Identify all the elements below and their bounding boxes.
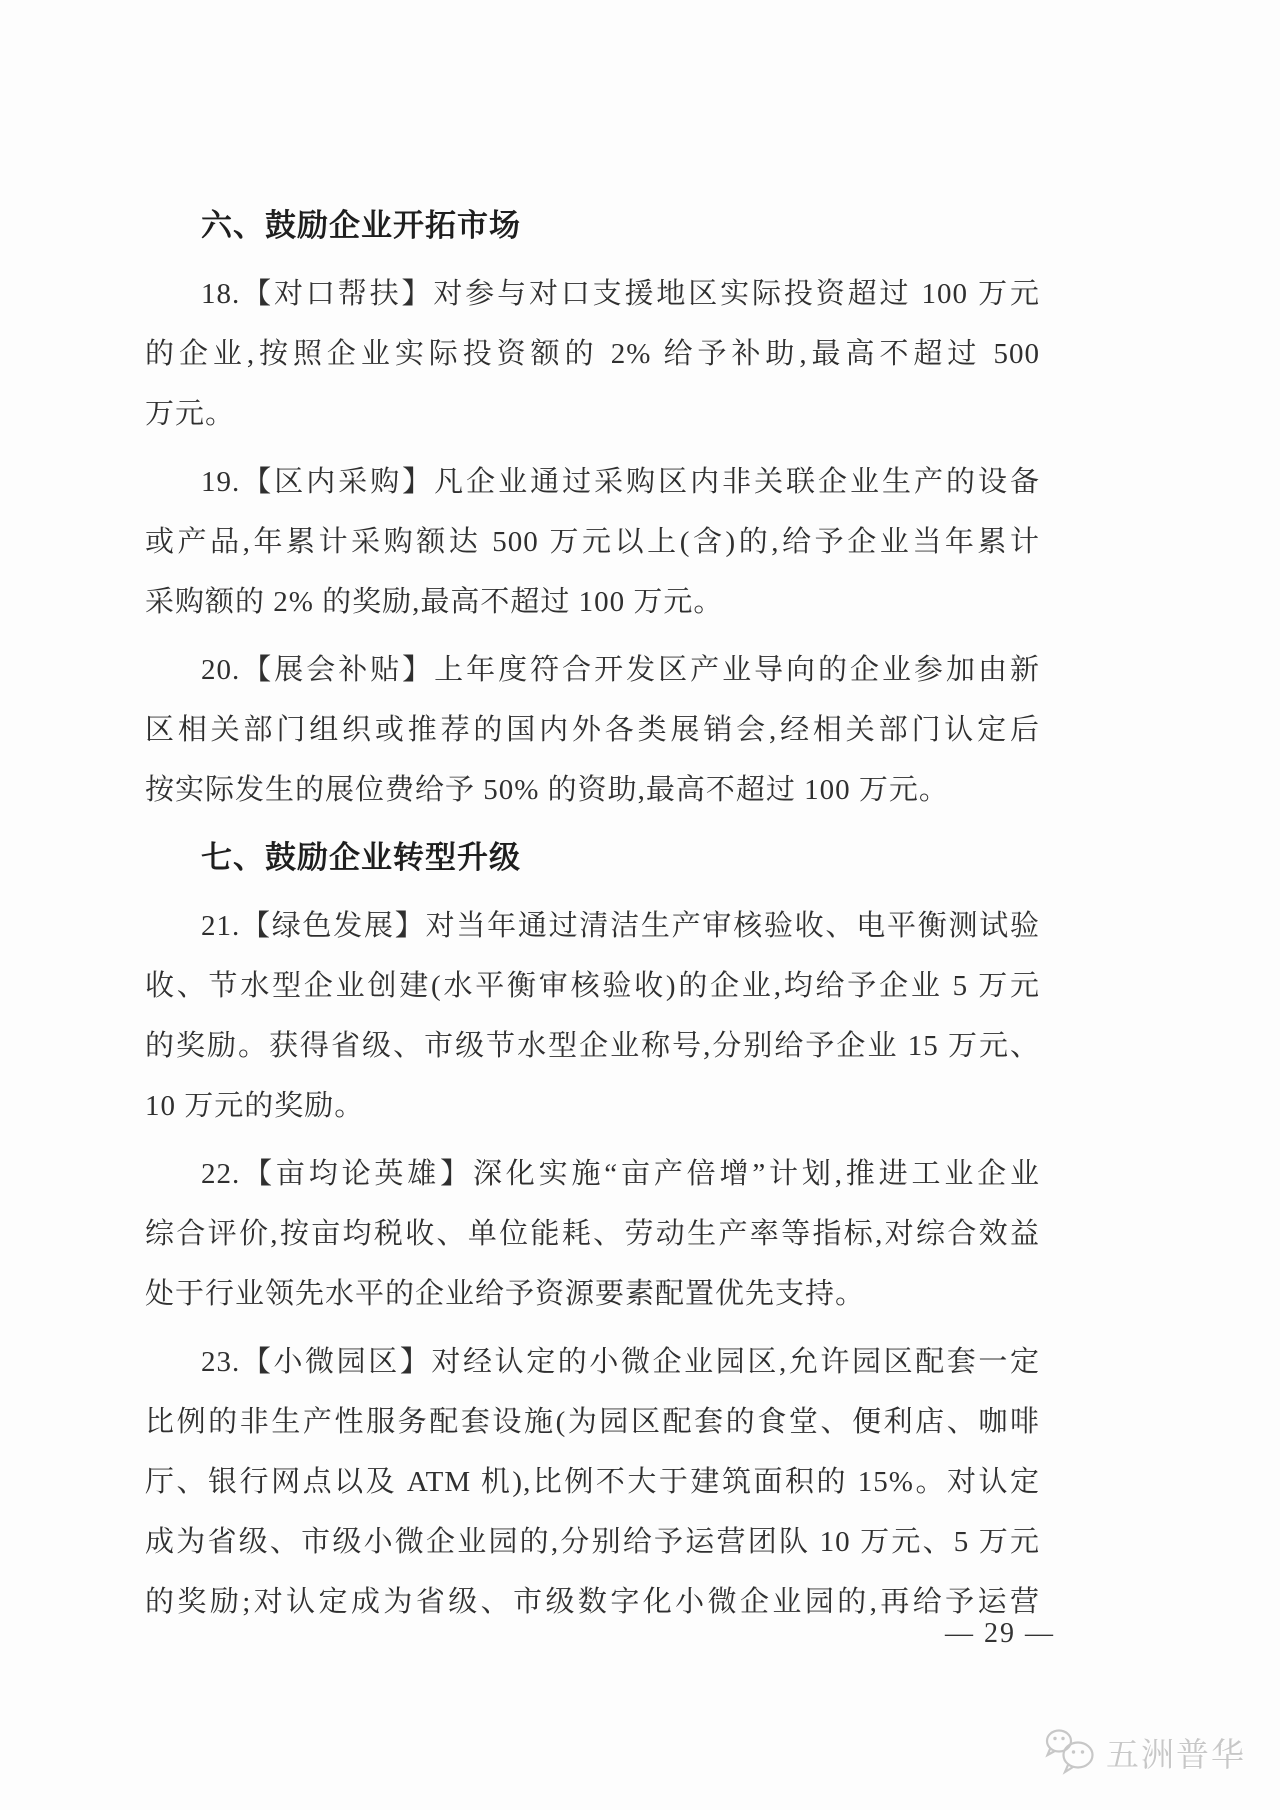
brand-name: 五洲普华 [1106,1729,1246,1776]
text-line: 22.【亩均论英雄】深化实施“亩产倍增”计划,推进工业企业 [145,1144,1040,1204]
paragraph-22: 22.【亩均论英雄】深化实施“亩产倍增”计划,推进工业企业 综合评价,按亩均税收… [145,1144,1040,1324]
text-line: 厅、银行网点以及 ATM 机),比例不大于建筑面积的 15%。对认定 [145,1452,1040,1512]
document-page: 六、鼓励企业开拓市场 18.【对口帮扶】对参与对口支援地区实际投资超过 100 … [0,0,1280,1810]
paragraph-18: 18.【对口帮扶】对参与对口支援地区实际投资超过 100 万元 的企业,按照企业… [145,264,1040,444]
document-body: 六、鼓励企业开拓市场 18.【对口帮扶】对参与对口支援地区实际投资超过 100 … [145,196,1040,1632]
text-line: 区相关部门组织或推荐的国内外各类展销会,经相关部门认定后 [145,700,1040,760]
text-line: 收、节水型企业创建(水平衡审核验收)的企业,均给予企业 5 万元 [145,956,1040,1016]
paragraph-20: 20.【展会补贴】上年度符合开发区产业导向的企业参加由新 区相关部门组织或推荐的… [145,640,1040,820]
text-line: 的企业,按照企业实际投资额的 2% 给予补助,最高不超过 500 [145,324,1040,384]
text-line: 处于行业领先水平的企业给予资源要素配置优先支持。 [145,1264,1040,1324]
text-line: 10 万元的奖励。 [145,1076,1040,1136]
paragraph-19: 19.【区内采购】凡企业通过采购区内非关联企业生产的设备 或产品,年累计采购额达… [145,452,1040,632]
page-number: — 29 — [928,1618,1072,1650]
text-line: 的奖励。获得省级、市级节水型企业称号,分别给予企业 15 万元、 [145,1016,1040,1076]
text-line: 万元。 [145,384,1040,444]
text-line: 18.【对口帮扶】对参与对口支援地区实际投资超过 100 万元 [145,264,1040,324]
paragraph-21: 21.【绿色发展】对当年通过清洁生产审核验收、电平衡测试验 收、节水型企业创建(… [145,896,1040,1136]
text-line: 或产品,年累计采购额达 500 万元以上(含)的,给予企业当年累计 [145,512,1040,572]
text-line: 按实际发生的展位费给予 50% 的资助,最高不超过 100 万元。 [145,760,1040,820]
wechat-logo-icon [1044,1728,1100,1776]
text-line: 19.【区内采购】凡企业通过采购区内非关联企业生产的设备 [145,452,1040,512]
text-line: 的奖励;对认定成为省级、市级数字化小微企业园的,再给予运营 [145,1572,1040,1632]
text-line: 成为省级、市级小微企业园的,分别给予运营团队 10 万元、5 万元 [145,1512,1040,1572]
paragraph-23: 23.【小微园区】对经认定的小微企业园区,允许园区配套一定 比例的非生产性服务配… [145,1332,1040,1632]
text-line: 20.【展会补贴】上年度符合开发区产业导向的企业参加由新 [145,640,1040,700]
text-line: 21.【绿色发展】对当年通过清洁生产审核验收、电平衡测试验 [145,896,1040,956]
text-line: 采购额的 2% 的奖励,最高不超过 100 万元。 [145,572,1040,632]
text-line: 23.【小微园区】对经认定的小微企业园区,允许园区配套一定 [145,1332,1040,1392]
text-line: 综合评价,按亩均税收、单位能耗、劳动生产率等指标,对综合效益 [145,1204,1040,1264]
section-heading-transformation-upgrade: 七、鼓励企业转型升级 [145,828,1040,888]
section-heading-market-expansion: 六、鼓励企业开拓市场 [145,196,1040,256]
brand-watermark: 五洲普华 [1044,1728,1246,1776]
text-line: 比例的非生产性服务配套设施(为园区配套的食堂、便利店、咖啡 [145,1392,1040,1452]
